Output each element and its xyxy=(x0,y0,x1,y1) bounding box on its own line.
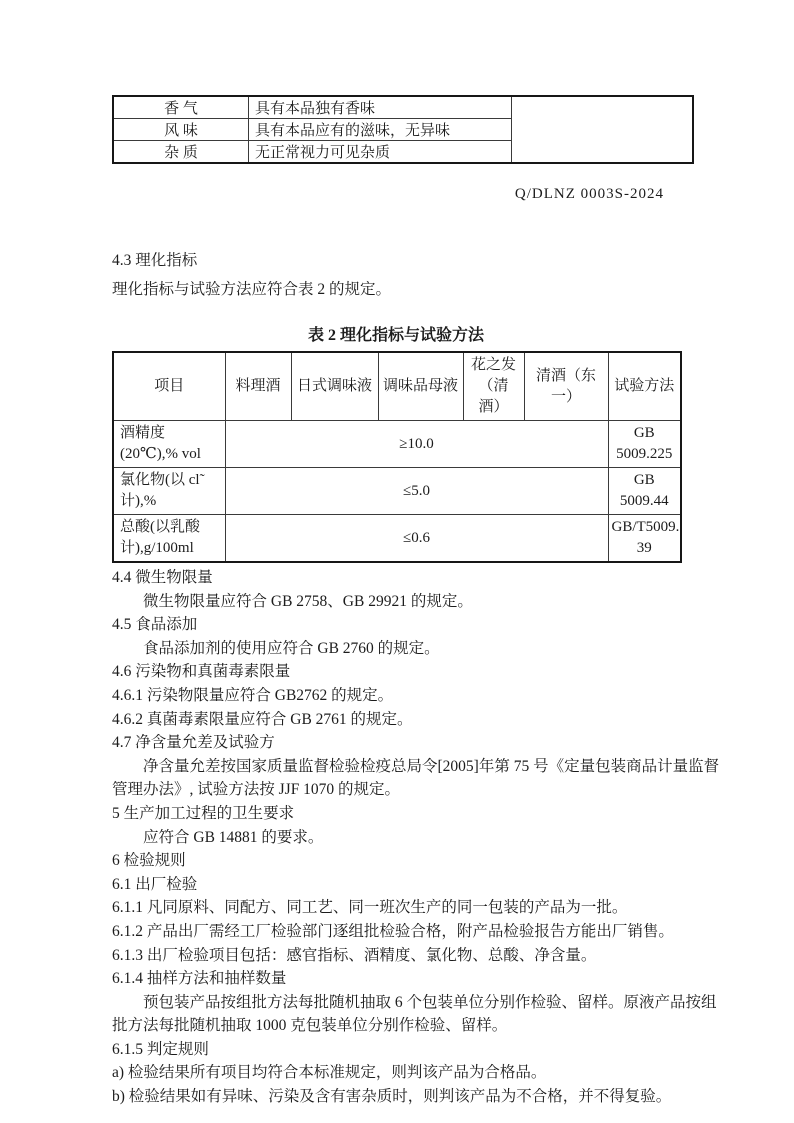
body-text: 4.4 微生物限量 微生物限量应符合 GB 2758、GB 29921 的规定。… xyxy=(112,566,680,1109)
body-line: 4.6 污染物和真菌毒素限量 xyxy=(112,660,680,684)
table2-header-row: 项目 料理酒 日式调味液 调味品母液 花之发 （清 酒） 清酒（东 一） 试验方… xyxy=(113,352,681,421)
table2-header-col5: 清酒（东 一） xyxy=(524,352,608,421)
sensory-table: 香 气 具有本品独有香味 风 味 具有本品应有的滋味，无异味 杂 质 无正常视力… xyxy=(112,95,694,164)
table2-header-col2: 日式调味液 xyxy=(291,352,378,421)
body-line: 批方法每批随机抽取 1000 克包装单位分别作检验、留样。 xyxy=(112,1014,680,1038)
sensory-row-label: 香 气 xyxy=(113,96,249,119)
table2-item-cell: 酒精度 (20℃),% vol xyxy=(113,421,225,468)
table2-method-cell: GB 5009.225 xyxy=(608,421,681,468)
table-row: 香 气 具有本品独有香味 xyxy=(113,96,693,119)
table2-method-cell: GB/T5009. 39 xyxy=(608,515,681,563)
table2-method-cell: GB 5009.44 xyxy=(608,468,681,515)
sensory-row-value: 具有本品应有的滋味，无异味 xyxy=(249,119,512,141)
body-line: 净含量允差按国家质量监督检验检疫总局令[2005]年第 75 号《定量包装商品计… xyxy=(112,755,680,779)
body-line: 6.1.4 抽样方法和抽样数量 xyxy=(112,967,680,991)
body-line: 6.1 出厂检验 xyxy=(112,873,680,897)
sensory-row-label: 杂 质 xyxy=(113,141,249,164)
table2-header-col1: 料理酒 xyxy=(225,352,291,421)
body-line: 食品添加剂的使用应符合 GB 2760 的规定。 xyxy=(112,637,680,661)
body-line: 4.6.1 污染物限量应符合 GB2762 的规定。 xyxy=(112,684,680,708)
table-row: 酒精度 (20℃),% vol ≥10.0 GB 5009.225 xyxy=(113,421,681,468)
body-line: 6.1.2 产品出厂需经工厂检验部门逐组批检验合格，附产品检验报告方能出厂销售。 xyxy=(112,920,680,944)
body-line: 6 检验规则 xyxy=(112,849,680,873)
sensory-row-value: 具有本品独有香味 xyxy=(249,96,512,119)
table2-value-cell: ≤0.6 xyxy=(225,515,608,563)
body-line: 4.4 微生物限量 xyxy=(112,566,680,590)
table2-value-cell: ≤5.0 xyxy=(225,468,608,515)
body-line: 微生物限量应符合 GB 2758、GB 29921 的规定。 xyxy=(112,590,680,614)
table2: 项目 料理酒 日式调味液 调味品母液 花之发 （清 酒） 清酒（东 一） 试验方… xyxy=(112,351,682,563)
table2-header-item: 项目 xyxy=(113,352,225,421)
table2-value-cell: ≥10.0 xyxy=(225,421,608,468)
table2-header-col4: 花之发 （清 酒） xyxy=(463,352,524,421)
body-line: b) 检验结果如有异味、污染及含有害杂质时，则判该产品为不合格，并不得复验。 xyxy=(112,1085,680,1109)
body-line: 6.1.5 判定规则 xyxy=(112,1038,680,1062)
doc-number: Q/DLNZ 0003S-2024 xyxy=(112,186,680,203)
body-line: 4.6.2 真菌毒素限量应符合 GB 2761 的规定。 xyxy=(112,708,680,732)
table2-item-cell: 总酸(以乳酸 计),g/100ml xyxy=(113,515,225,563)
body-line: 管理办法》, 试验方法按 JJF 1070 的规定。 xyxy=(112,778,680,802)
body-line: 6.1.3 出厂检验项目包括：感官指标、酒精度、氯化物、总酸、净含量。 xyxy=(112,944,680,968)
table2-header-method: 试验方法 xyxy=(608,352,681,421)
sensory-row-label: 风 味 xyxy=(113,119,249,141)
body-line: 4.5 食品添加 xyxy=(112,613,680,637)
table2-item-cell: 氯化物(以 cl˜ 计),% xyxy=(113,468,225,515)
page-content: 香 气 具有本品独有香味 风 味 具有本品应有的滋味，无异味 杂 质 无正常视力… xyxy=(112,95,680,1109)
table-row: 总酸(以乳酸 计),g/100ml ≤0.6 GB/T5009. 39 xyxy=(113,515,681,563)
body-line: a) 检验结果所有项目均符合本标准规定，则判该产品为合格品。 xyxy=(112,1061,680,1085)
section-heading-4-3: 4.3 理化指标 xyxy=(112,248,680,270)
section-body-4-3: 理化指标与试验方法应符合表 2 的规定。 xyxy=(112,277,680,299)
body-line: 应符合 GB 14881 的要求。 xyxy=(112,826,680,850)
body-line: 5 生产加工过程的卫生要求 xyxy=(112,802,680,826)
body-line: 4.7 净含量允差及试验方 xyxy=(112,731,680,755)
document-page: 香 气 具有本品独有香味 风 味 具有本品应有的滋味，无异味 杂 质 无正常视力… xyxy=(0,0,794,1123)
table-row: 氯化物(以 cl˜ 计),% ≤5.0 GB 5009.44 xyxy=(113,468,681,515)
body-line: 6.1.1 凡同原料、同配方、同工艺、同一班次生产的同一包装的产品为一批。 xyxy=(112,896,680,920)
body-line: 预包装产品按组批方法每批随机抽取 6 个包装单位分别作检验、留样。原液产品按组 xyxy=(112,991,680,1015)
sensory-empty-cell xyxy=(512,96,694,163)
table2-header-col3: 调味品母液 xyxy=(378,352,463,421)
sensory-row-value: 无正常视力可见杂质 xyxy=(249,141,512,164)
table2-title: 表 2 理化指标与试验方法 xyxy=(112,322,680,345)
